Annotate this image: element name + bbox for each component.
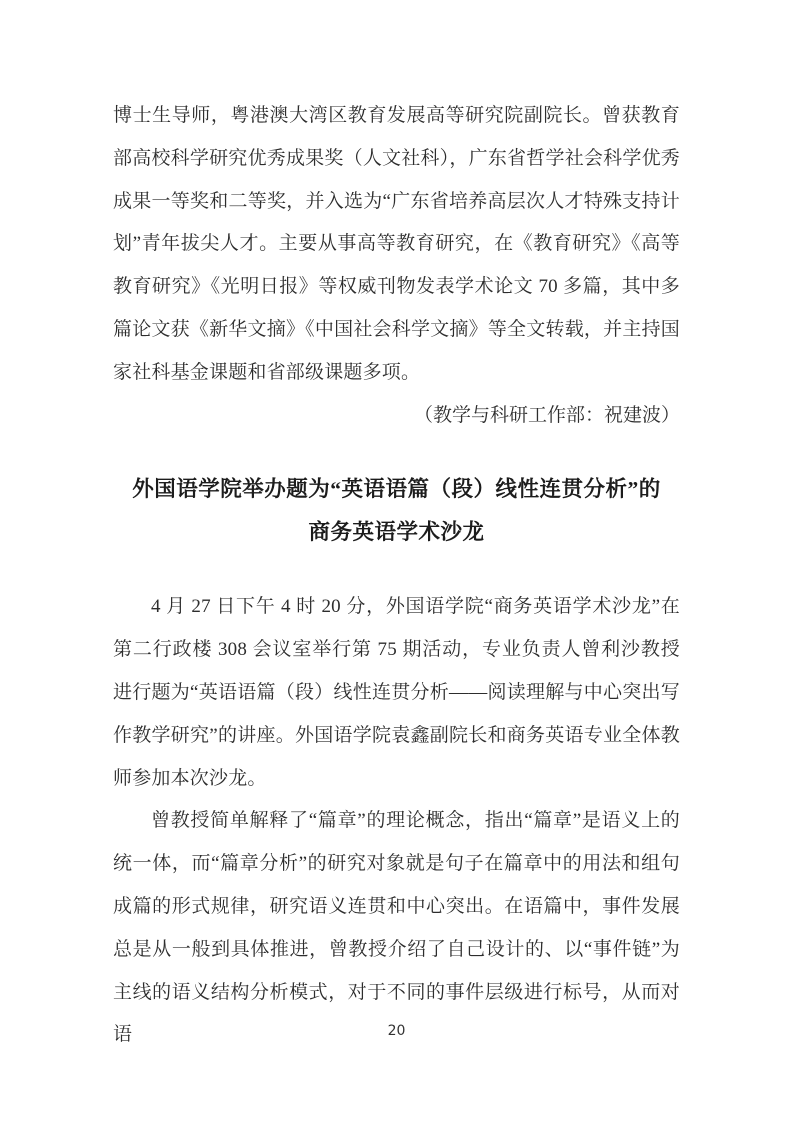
page-number: 20 (0, 1022, 793, 1040)
article-title: 外国语学院举办题为“英语语篇（段）线性连贯分析”的 商务英语学术沙龙 (113, 468, 680, 554)
previous-article-body: 博士生导师，粤港澳大湾区教育发展高等研究院副院长。曾获教育部高校科学研究优秀成果… (113, 95, 680, 395)
article-paragraph-2: 曾教授简单解释了“篇章”的理论概念，指出“篇章”是语义上的统一体，而“篇章分析”… (113, 800, 680, 1057)
article-title-line1: 外国语学院举办题为“英语语篇（段）线性连贯分析”的 (113, 468, 680, 511)
attribution-line: （教学与科研工作部：祝建波） (113, 395, 680, 438)
article-paragraph-1: 4 月 27 日下午 4 时 20 分，外国语学院“商务英语学术沙龙”在第二行政… (113, 586, 680, 800)
document-page: 博士生导师，粤港澳大湾区教育发展高等研究院副院长。曾获教育部高校科学研究优秀成果… (0, 0, 793, 1122)
article-title-line2: 商务英语学术沙龙 (113, 511, 680, 554)
